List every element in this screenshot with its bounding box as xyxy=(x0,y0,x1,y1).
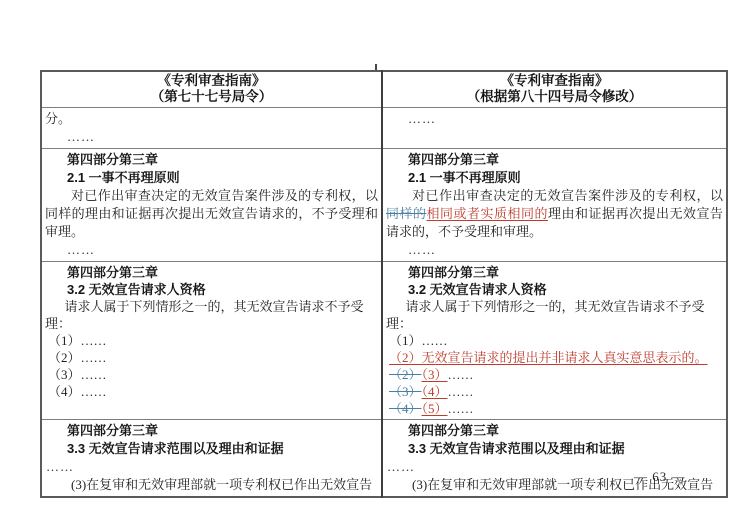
list-item: （2）…… xyxy=(48,349,378,366)
table-row: 第四部分第三章 3.2 无效宣告请求人资格 请求人属于下列情形之一的，其无效宣告… xyxy=(41,262,727,420)
list-item: （3）…… xyxy=(48,366,378,383)
inserted-number: （4） xyxy=(422,384,448,399)
subsection-heading: 3.3 无效宣告请求范围以及理由和证据 xyxy=(408,440,723,458)
table-header-row: 《专利审查指南》 （第七十七号局令） 《专利审查指南》 （根据第八十四号局令修改… xyxy=(41,71,727,108)
header-cell-new-version: 《专利审查指南》 （根据第八十四号局令修改） xyxy=(382,71,727,108)
ellipsis-text: …… xyxy=(67,128,378,146)
row3-left-cell: 第四部分第三章 3.2 无效宣告请求人资格 请求人属于下列情形之一的，其无效宣告… xyxy=(41,262,382,420)
subsection-heading: 3.2 无效宣告请求人资格 xyxy=(408,281,723,298)
ellipsis-text: …… xyxy=(448,401,474,416)
inserted-number: （5） xyxy=(422,401,448,416)
section-heading: 第四部分第三章 xyxy=(67,422,378,440)
row4-right-cell: 第四部分第三章 3.3 无效宣告请求范围以及理由和证据 …… (3)在复审和无效… xyxy=(382,420,727,498)
list-item: （1）…… xyxy=(48,332,378,349)
row2-left-cell: 第四部分第三章 2.1 一事不再理原则 对已作出审查决定的无效宣告案件涉及的专利… xyxy=(41,149,382,262)
inserted-list-item: （2）无效宣告请求的提出并非请求人真实意思表示的。 xyxy=(389,349,723,366)
continuation-text: 分。 xyxy=(45,110,378,128)
guideline-comparison-table: 《专利审查指南》 （第七十七号局令） 《专利审查指南》 （根据第八十四号局令修改… xyxy=(40,70,728,498)
section-heading: 第四部分第三章 xyxy=(67,264,378,281)
ellipsis-text: …… xyxy=(46,458,378,476)
subsection-heading: 3.3 无效宣告请求范围以及理由和证据 xyxy=(67,440,378,458)
row3-right-cell: 第四部分第三章 3.2 无效宣告请求人资格 请求人属于下列情形之一的，其无效宣告… xyxy=(382,262,727,420)
old-version-subtitle: （第七十七号局令） xyxy=(45,89,378,105)
ellipsis-text: …… xyxy=(448,384,474,399)
paragraph-text: 对已作出审查决定的无效宣告案件涉及的专利权，以 xyxy=(412,188,723,203)
deleted-number: （4） xyxy=(389,401,422,416)
row4-left-cell: 第四部分第三章 3.3 无效宣告请求范围以及理由和证据 …… (3)在复审和无效… xyxy=(41,420,382,498)
ellipsis-text: …… xyxy=(67,241,378,259)
section-heading: 第四部分第三章 xyxy=(67,151,378,169)
list-item: （1）…… xyxy=(389,332,723,349)
renumbered-list-item: （3）（4）…… xyxy=(389,383,723,400)
new-version-title: 《专利审查指南》 xyxy=(386,73,723,89)
section-heading: 第四部分第三章 xyxy=(408,422,723,440)
deleted-number: （2） xyxy=(389,367,422,382)
inserted-text: 相同或者实质相同的 xyxy=(427,206,548,221)
row1-right-cell: …… xyxy=(382,108,727,149)
subsection-heading: 2.1 一事不再理原则 xyxy=(408,169,723,187)
row1-left-cell: 分。 …… xyxy=(41,108,382,149)
deleted-number: （3） xyxy=(389,384,422,399)
renumbered-list-item: （2）（3）…… xyxy=(389,366,723,383)
new-version-subtitle: （根据第八十四号局令修改） xyxy=(386,89,723,105)
old-version-title: 《专利审查指南》 xyxy=(45,73,378,89)
ellipsis-text: …… xyxy=(408,241,723,259)
inserted-number: （3） xyxy=(422,367,448,382)
subsection-heading: 3.2 无效宣告请求人资格 xyxy=(67,281,378,298)
page-number: — 63 — xyxy=(634,469,686,485)
ellipsis-text: …… xyxy=(448,367,474,382)
table-row: 第四部分第三章 3.3 无效宣告请求范围以及理由和证据 …… (3)在复审和无效… xyxy=(41,420,727,498)
section-heading: 第四部分第三章 xyxy=(408,264,723,281)
list-item: （4）…… xyxy=(48,383,378,400)
renumbered-list-item: （4）（5）…… xyxy=(389,400,723,417)
table-row: 分。 …… …… xyxy=(41,108,727,149)
deleted-text: 同样的 xyxy=(386,206,427,221)
paragraph: 请求人属于下列情形之一的，其无效宣告请求不予受理： xyxy=(45,298,378,332)
header-cell-old-version: 《专利审查指南》 （第七十七号局令） xyxy=(41,71,382,108)
paragraph-with-revisions: 对已作出审查决定的无效宣告案件涉及的专利权，以同样的相同或者实质相同的理由和证据… xyxy=(386,187,723,241)
row2-right-cell: 第四部分第三章 2.1 一事不再理原则 对已作出审查决定的无效宣告案件涉及的专利… xyxy=(382,149,727,262)
table-row: 第四部分第三章 2.1 一事不再理原则 对已作出审查决定的无效宣告案件涉及的专利… xyxy=(41,149,727,262)
section-heading: 第四部分第三章 xyxy=(408,151,723,169)
paragraph: (3)在复审和无效审理部就一项专利权已作出无效宣告 xyxy=(45,476,378,494)
subsection-heading: 2.1 一事不再理原则 xyxy=(67,169,378,187)
paragraph: 对已作出审查决定的无效宣告案件涉及的专利权，以同样的理由和证据再次提出无效宣告请… xyxy=(45,187,378,241)
document-page: 《专利审查指南》 （第七十七号局令） 《专利审查指南》 （根据第八十四号局令修改… xyxy=(0,0,750,531)
ellipsis-text: …… xyxy=(408,110,723,128)
paragraph: 请求人属于下列情形之一的，其无效宣告请求不予受理： xyxy=(386,298,723,332)
